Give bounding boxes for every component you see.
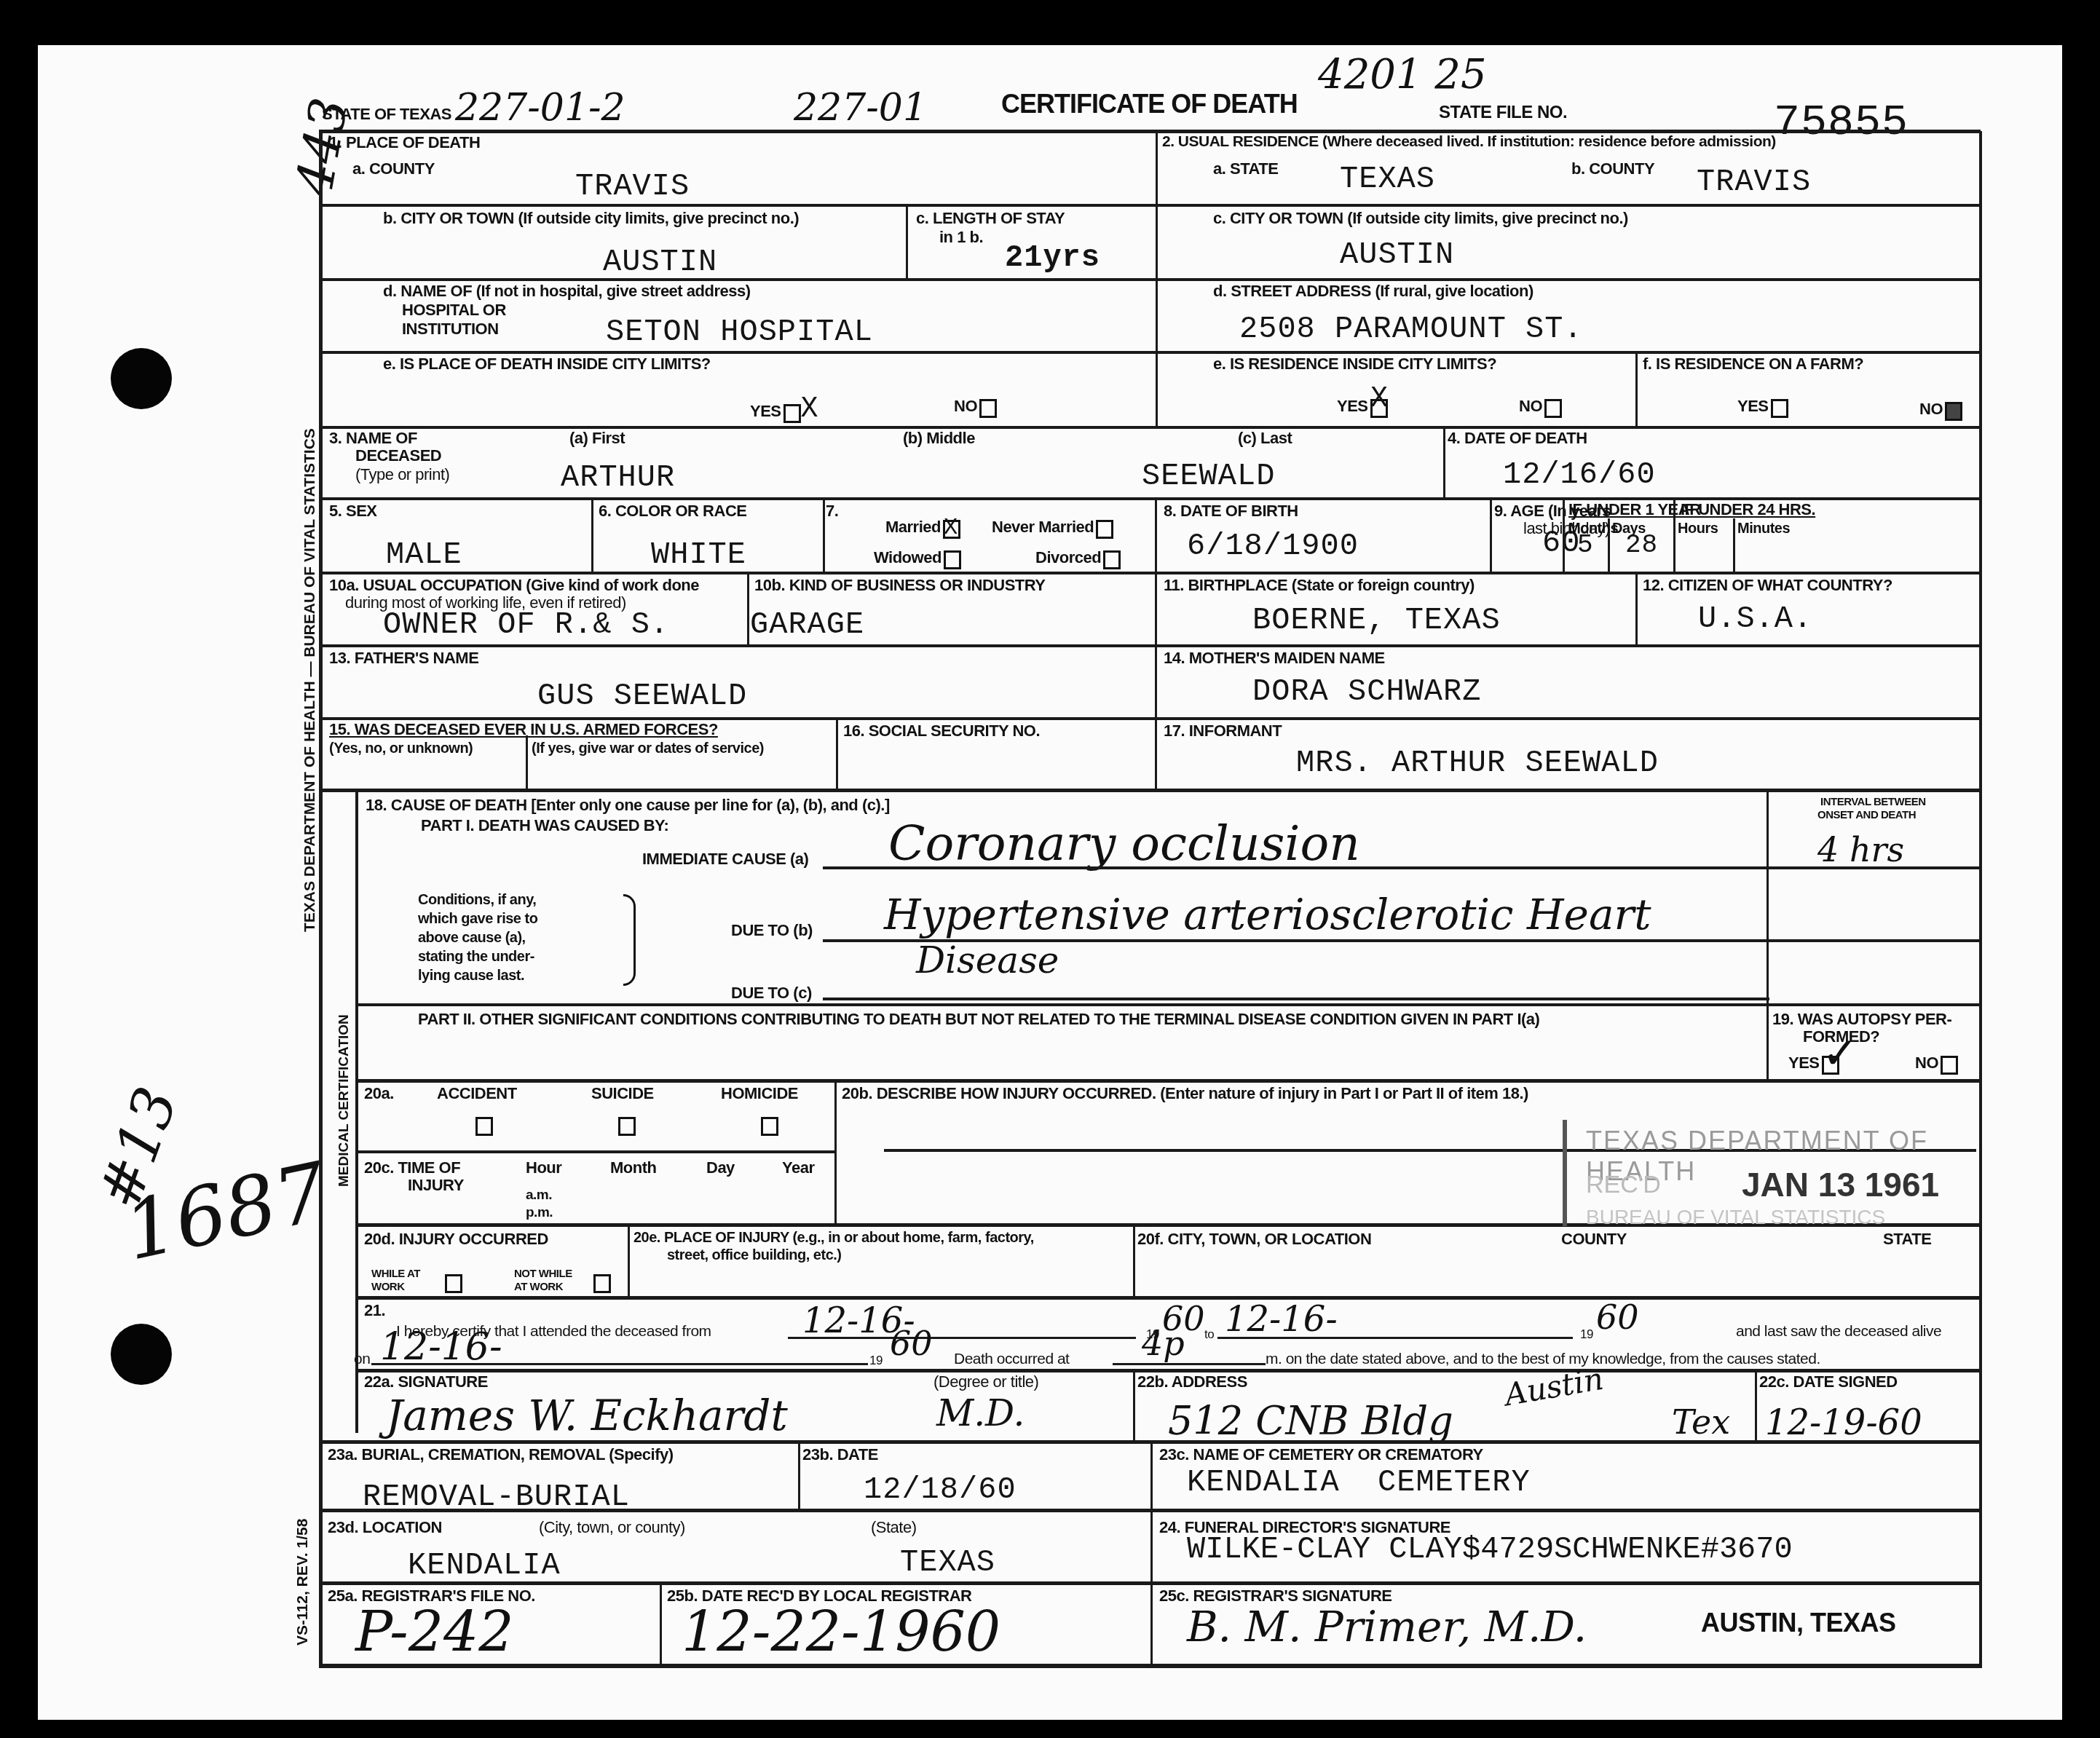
informant-value: MRS. ARTHUR SEEWALD: [1296, 746, 1659, 781]
state-file-number-label: STATE FILE NO.: [1439, 103, 1567, 122]
marital-widowed[interactable]: Widowed: [874, 549, 961, 569]
due-to-b-label: DUE TO (b): [731, 922, 813, 939]
marital-never-married[interactable]: Never Married: [992, 518, 1113, 539]
business-label: 10b. KIND OF BUSINESS OR INDUSTRY: [754, 577, 1046, 593]
year-label: Year: [782, 1159, 815, 1176]
months-value: 5: [1577, 530, 1594, 560]
checkbox-accident[interactable]: [475, 1117, 493, 1136]
accident-label: ACCIDENT: [437, 1085, 517, 1102]
checkbox-mark: X: [944, 514, 958, 541]
residence-label: 2. USUAL RESIDENCE (Where deceased lived…: [1162, 134, 1776, 150]
conditions-label-3: above cause (a),: [418, 931, 526, 946]
attended-to-date: 12-16-: [1225, 1299, 1338, 1340]
residence-inside-limits-yes[interactable]: YESX: [1337, 398, 1388, 418]
punch-hole-top: [111, 348, 172, 409]
date-signed-value: 12-19-60: [1765, 1402, 1922, 1443]
minutes-label: Minutes: [1737, 521, 1790, 537]
to-label: to: [1204, 1328, 1214, 1341]
armed-forces-sub-2: (If yes, give war or dates of service): [532, 741, 764, 757]
cemetery-value: KENDALIA CEMETERY: [1187, 1465, 1531, 1500]
immediate-cause-value: Coronary occlusion: [888, 815, 1360, 872]
not-while-at-work-1: NOT WHILE: [514, 1268, 572, 1280]
residence-farm-yes[interactable]: YES: [1737, 398, 1788, 418]
autopsy-yes[interactable]: YES✓: [1788, 1054, 1839, 1075]
name-label-2: DECEASED: [355, 447, 441, 464]
cert-text-2: and last saw the deceased alive: [1736, 1324, 1941, 1340]
checkbox-never-married[interactable]: [1096, 520, 1113, 539]
length-of-stay-label-1: c. LENGTH OF STAY: [916, 210, 1065, 226]
day-label: Day: [706, 1159, 735, 1176]
autopsy-no[interactable]: NO: [1915, 1054, 1958, 1075]
length-of-stay-value: 21yrs: [1005, 240, 1100, 275]
conditions-label-1: Conditions, if any,: [418, 893, 536, 908]
location-value: KENDALIA: [408, 1548, 561, 1583]
location-sub-label: (City, town, or county): [539, 1519, 685, 1536]
marital-divorced[interactable]: Divorced: [1035, 549, 1121, 569]
residence-inside-limits-no[interactable]: NO: [1519, 398, 1562, 418]
interval-value: 4 hrs: [1817, 830, 1904, 869]
location-label: 23d. LOCATION: [328, 1519, 442, 1536]
stamp-line-2-prefix: REC'D: [1586, 1171, 1661, 1199]
armed-forces-label: 15. WAS DECEASED EVER IN U.S. ARMED FORC…: [329, 721, 718, 738]
handwritten-reference: 4201 25: [1318, 51, 1487, 98]
county-label: a. COUNTY: [352, 160, 435, 177]
checkbox-no[interactable]: [1544, 399, 1562, 418]
suicide-label: SUICIDE: [591, 1085, 654, 1102]
injury-20e-label-2: street, office building, etc.): [667, 1248, 841, 1263]
ssn-label: 16. SOCIAL SECURITY NO.: [843, 722, 1040, 739]
while-at-work-2: WORK: [371, 1281, 405, 1293]
stamp-line-3: BUREAU OF VITAL STATISTICS: [1586, 1206, 1885, 1229]
location-state-sub-label: (State): [871, 1519, 917, 1536]
place-inside-limits-yes[interactable]: YESX: [750, 393, 819, 426]
state-file-number: 75855: [1774, 98, 1908, 148]
registrar-file-value: P-242: [355, 1599, 514, 1664]
place-city-value: AUSTIN: [603, 245, 717, 280]
injury-20b-label: 20b. DESCRIBE HOW INJURY OCCURRED. (Ente…: [842, 1085, 1528, 1102]
hospital-value: SETON HOSPITAL: [606, 315, 873, 349]
signature-label: 22a. SIGNATURE: [364, 1373, 488, 1390]
stamp-date: JAN 13 1961: [1742, 1165, 1939, 1204]
cert-text-3: m. on the date stated above, and to the …: [1266, 1351, 1820, 1367]
first-name-label: (a) First: [569, 430, 625, 446]
interval-label-1: INTERVAL BETWEEN: [1820, 797, 1926, 808]
name-label-1: 3. NAME OF: [329, 430, 417, 446]
date-of-birth-value: 6/18/1900: [1187, 529, 1359, 564]
hospital-label-3: INSTITUTION: [402, 320, 499, 337]
injury-20f-label: 20f. CITY, TOWN, OR LOCATION: [1137, 1231, 1371, 1247]
residence-street-label: d. STREET ADDRESS (If rural, give locati…: [1213, 283, 1533, 299]
disposition-label: 23a. BURIAL, CREMATION, REMOVAL (Specify…: [328, 1446, 674, 1463]
location-state-value: TEXAS: [900, 1545, 995, 1580]
citizen-value: U.S.A.: [1698, 601, 1812, 636]
citizen-label: 12. CITIZEN OF WHAT COUNTRY?: [1643, 577, 1892, 593]
cert-21-label: 21.: [364, 1302, 385, 1319]
received-stamp: TEXAS DEPARTMENT OF HEALTH REC'D JAN 13 …: [1563, 1120, 2018, 1226]
hour-label: Hour: [526, 1159, 561, 1176]
month-label: Month: [610, 1159, 656, 1176]
immediate-cause-label: IMMEDIATE CAUSE (a): [642, 850, 808, 867]
handwritten-code-2: 227-01: [794, 86, 927, 130]
physician-signature: James W. Eckhardt: [386, 1391, 788, 1440]
checkbox-mark: ✓: [1822, 1028, 1858, 1079]
form-number: VS-112, REV. 1/58: [294, 1519, 312, 1646]
homicide-label: HOMICIDE: [721, 1085, 798, 1102]
checkbox-mark: X: [1370, 383, 1389, 416]
last-seen-date: 12-16-: [380, 1325, 502, 1369]
under-24-hrs-label: IF UNDER 24 HRS.: [1681, 501, 1815, 518]
checkbox-mark: X: [801, 393, 819, 426]
attended-to-year: 60: [1596, 1297, 1639, 1337]
death-time: 4p: [1142, 1324, 1185, 1363]
am-label: a.m.: [526, 1188, 552, 1203]
checkbox-yes[interactable]: [783, 404, 801, 423]
injury-county-label: COUNTY: [1561, 1231, 1627, 1247]
checkbox-widowed[interactable]: [944, 550, 961, 569]
death-occurred-at-label: Death occurred at: [954, 1351, 1069, 1367]
residence-city-label: c. CITY OR TOWN (If outside city limits,…: [1213, 210, 1628, 226]
state-of-texas-label: STATE OF TEXAS: [322, 106, 451, 122]
hours-label: Hours: [1678, 521, 1718, 537]
date-of-death-value: 12/16/60: [1503, 457, 1656, 492]
last-name-label: (c) Last: [1238, 430, 1292, 446]
residence-state-label: a. STATE: [1213, 160, 1278, 177]
checkbox-no[interactable]: [979, 399, 997, 418]
checkbox-no[interactable]: [1941, 1056, 1958, 1075]
handwritten-code-1: 227-01-2: [455, 86, 625, 130]
mother-label: 14. MOTHER'S MAIDEN NAME: [1164, 649, 1385, 666]
date-signed-label: 22c. DATE SIGNED: [1759, 1373, 1898, 1390]
due-to-b-value-line2: Disease: [916, 939, 1059, 981]
business-value: GARAGE: [750, 607, 864, 642]
first-name-value: ARTHUR: [561, 460, 675, 495]
injury-20c-label-2: INJURY: [408, 1177, 464, 1193]
residence-county-label: b. COUNTY: [1571, 160, 1654, 177]
father-label: 13. FATHER'S NAME: [329, 649, 478, 666]
date-of-death-label: 4. DATE OF DEATH: [1448, 430, 1587, 446]
interval-label-2: ONSET AND DEATH: [1817, 810, 1916, 821]
cemetery-label: 23c. NAME OF CEMETERY OR CREMATORY: [1159, 1446, 1483, 1463]
place-county-value: TRAVIS: [575, 169, 690, 204]
pm-label: p.m.: [526, 1206, 553, 1220]
injury-state-label: STATE: [1883, 1231, 1931, 1247]
place-inside-limits-no[interactable]: NO: [954, 398, 997, 418]
checkbox-suicide[interactable]: [618, 1117, 636, 1136]
injury-20e-label-1: 20e. PLACE OF INJURY (e.g., in or about …: [633, 1231, 1034, 1246]
place-inside-limits-label: e. IS PLACE OF DEATH INSIDE CITY LIMITS?: [383, 355, 711, 372]
race-label: 6. COLOR OR RACE: [599, 502, 746, 519]
residence-farm-label: f. IS RESIDENCE ON A FARM?: [1643, 355, 1863, 372]
sex-value: MALE: [386, 537, 462, 572]
checkbox-not-while-at-work[interactable]: [593, 1274, 611, 1293]
marital-married[interactable]: MarriedX: [885, 518, 960, 539]
last-name-value: SEEWALD: [1142, 459, 1275, 494]
degree-label: (Degree or title): [933, 1373, 1038, 1390]
injury-20c-label-1: 20c. TIME OF: [364, 1159, 460, 1176]
residence-state-value: TEXAS: [1340, 162, 1435, 197]
checkbox-while-at-work[interactable]: [445, 1274, 462, 1293]
race-value: WHITE: [651, 537, 746, 572]
funeral-director-value: WILKE-CLAY CLAY$4729SCHWENKE#3670: [1187, 1532, 1793, 1567]
residence-farm-no[interactable]: NO: [1919, 400, 1962, 421]
middle-name-label: (b) Middle: [903, 430, 975, 446]
registrar-signature: B. M. Primer, M.D.: [1187, 1602, 1587, 1651]
autopsy-label-1: 19. WAS AUTOPSY PER-: [1772, 1011, 1951, 1027]
mother-value: DORA SCHWARZ: [1252, 674, 1481, 709]
birthplace-value: BOERNE, TEXAS: [1252, 603, 1501, 638]
due-to-c-label: DUE TO (c): [731, 984, 812, 1001]
checkbox-divorced[interactable]: [1103, 550, 1121, 569]
hospital-label-2: HOSPITAL OR: [402, 301, 506, 318]
burial-date-value: 12/18/60: [864, 1472, 1017, 1507]
checkbox-no[interactable]: [1945, 402, 1962, 421]
occupation-label-1: 10a. USUAL OCCUPATION (Give kind of work…: [329, 577, 699, 593]
armed-forces-sub-1: (Yes, no, or unknown): [329, 741, 473, 757]
physician-address-state: Tex: [1672, 1402, 1730, 1442]
length-of-stay-label-2: in 1 b.: [939, 229, 983, 245]
occupation-value: OWNER OF R.& S.: [383, 607, 669, 642]
checkbox-yes[interactable]: [1771, 399, 1788, 418]
place-of-death-label: 1. PLACE OF DEATH: [329, 134, 480, 151]
name-label-3: (Type or print): [355, 466, 449, 483]
part-1-label: PART I. DEATH WAS CAUSED BY:: [421, 817, 668, 834]
part-2-label: PART II. OTHER SIGNIFICANT CONDITIONS CO…: [418, 1011, 1539, 1027]
conditions-brace: [623, 894, 636, 986]
bureau-vertical-label: TEXAS DEPARTMENT OF HEALTH — BUREAU OF V…: [301, 428, 319, 932]
injury-20a-label: 20a.: [364, 1085, 394, 1102]
marital-status-label: 7.: [826, 502, 838, 519]
sex-label: 5. SEX: [329, 502, 376, 519]
burial-date-label: 23b. DATE: [802, 1446, 878, 1463]
physician-address-label: 22b. ADDRESS: [1137, 1373, 1247, 1390]
residence-county-value: TRAVIS: [1697, 165, 1811, 200]
registrar-city: AUSTIN, TEXAS: [1701, 1609, 1896, 1637]
checkbox-homicide[interactable]: [761, 1117, 778, 1136]
cause-of-death-label: 18. CAUSE OF DEATH [Enter only one cause…: [366, 797, 890, 813]
hospital-label-1: d. NAME OF (If not in hospital, give str…: [383, 283, 751, 299]
residence-street-value: 2508 PARAMOUNT ST.: [1239, 312, 1583, 347]
birthplace-label: 11. BIRTHPLACE (State or foreign country…: [1164, 577, 1475, 593]
certificate-page: [38, 45, 2062, 1720]
registrar-date-value: 12-22-1960: [682, 1599, 1000, 1664]
conditions-label-5: lying cause last.: [418, 968, 524, 984]
on-label: on: [354, 1351, 370, 1367]
physician-degree: M.D.: [936, 1392, 1025, 1434]
while-at-work-1: WHILE AT: [371, 1268, 420, 1280]
conditions-label-2: which gave rise to: [418, 912, 537, 927]
informant-label: 17. INFORMANT: [1164, 722, 1282, 739]
residence-city-value: AUSTIN: [1340, 237, 1454, 272]
residence-inside-limits-label: e. IS RESIDENCE INSIDE CITY LIMITS?: [1213, 355, 1496, 372]
not-while-at-work-2: AT WORK: [514, 1281, 563, 1293]
punch-hole-bottom: [111, 1324, 172, 1385]
date-of-birth-label: 8. DATE OF BIRTH: [1164, 502, 1298, 519]
injury-20d-label: 20d. INJURY OCCURRED: [364, 1231, 548, 1247]
due-to-b-value-line1: Hypertensive arteriosclerotic Heart: [884, 890, 1651, 939]
medical-certification-vertical-label: MEDICAL CERTIFICATION: [336, 1014, 352, 1187]
last-seen-year: 60: [890, 1324, 933, 1363]
to-year-prefix: 19: [1580, 1328, 1593, 1341]
father-value: GUS SEEWALD: [537, 679, 747, 714]
last-year-prefix: 19: [869, 1354, 883, 1367]
conditions-label-4: stating the under-: [418, 949, 534, 965]
certificate-title: CERTIFICATE OF DEATH: [1001, 90, 1298, 118]
days-value: 28: [1625, 530, 1658, 560]
physician-address: 512 CNB Bldg: [1168, 1398, 1453, 1444]
place-city-label: b. CITY OR TOWN (If outside city limits,…: [383, 210, 799, 226]
